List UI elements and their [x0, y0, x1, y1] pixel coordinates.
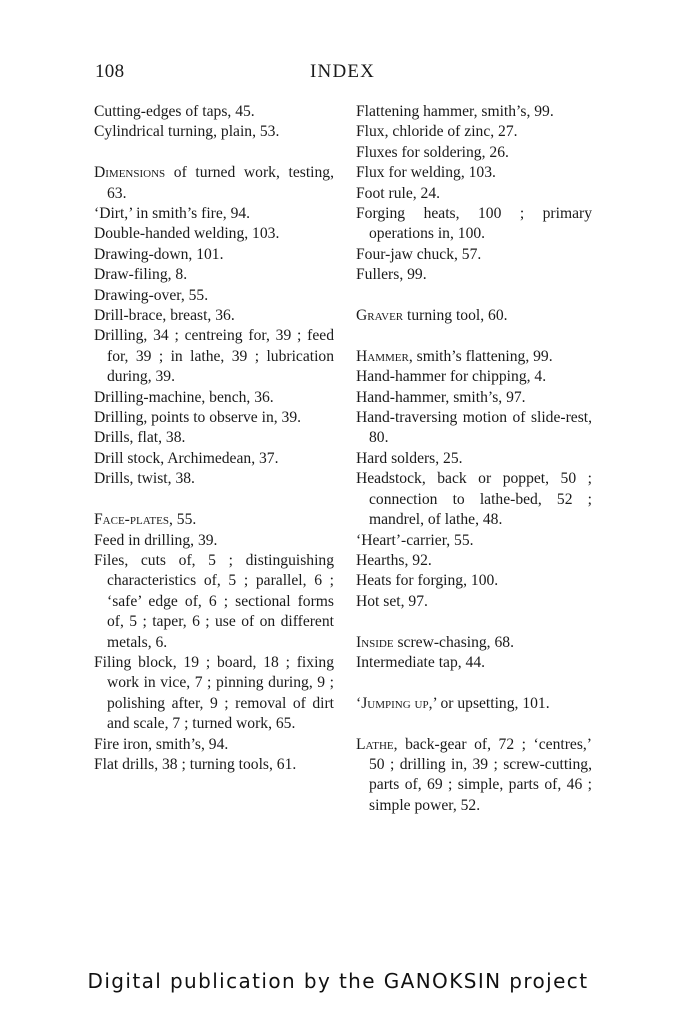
index-entry-text: Cylindrical turning, plain, 53.	[94, 123, 279, 140]
index-entry-text: Drawing-down, 101.	[94, 246, 224, 263]
letter-section-gap	[356, 286, 592, 306]
index-entry: Hand-traversing motion of slide-rest, 80…	[356, 408, 592, 449]
index-entry: Lathe, back-gear of, 72 ; ‘centres,’ 50 …	[356, 735, 592, 817]
index-entry-text: Intermediate tap, 44.	[356, 654, 485, 671]
index-entry-text: Drilling-machine, bench, 36.	[94, 389, 274, 406]
index-entry-text: Drilling, points to observe in, 39.	[94, 409, 301, 426]
index-entry: Fullers, 99.	[356, 265, 592, 285]
index-entry-text: Draw-filing, 8.	[94, 266, 187, 283]
index-entry: Hand-hammer for chipping, 4.	[356, 367, 592, 387]
index-entry-text: Hand-traversing motion of slide-rest, 80…	[356, 409, 592, 446]
index-entry: Drilling, 34 ; centreing for, 39 ; feed …	[94, 326, 334, 387]
index-entry: Draw-filing, 8.	[94, 265, 334, 285]
index-entry-text: Fluxes for soldering, 26.	[356, 144, 509, 161]
index-entry-text: ‘Dirt,’ in smith’s fire, 94.	[94, 205, 250, 222]
index-entry: Drills, twist, 38.	[94, 469, 334, 489]
index-entry: Flux, chloride of zinc, 27.	[356, 122, 592, 142]
index-entry: Heats for forging, 100.	[356, 571, 592, 591]
index-entry: Drawing-over, 55.	[94, 286, 334, 306]
index-entry-text: , smith’s flattening, 99.	[409, 348, 553, 365]
index-entry-text: Drill-brace, breast, 36.	[94, 307, 235, 324]
index-entry-text: Files, cuts of, 5 ; distinguishing chara…	[94, 552, 334, 651]
index-entry-text: Hot set, 97.	[356, 593, 428, 610]
index-entry: Flux for welding, 103.	[356, 163, 592, 183]
index-entry-text: Flux for welding, 103.	[356, 164, 496, 181]
letter-section-gap	[356, 326, 592, 346]
index-entry: Hand-hammer, smith’s, 97.	[356, 388, 592, 408]
index-entry-text: Drawing-over, 55.	[94, 287, 208, 304]
index-entry: ‘Heart’-carrier, 55.	[356, 531, 592, 551]
index-entry-lead: Graver	[356, 307, 403, 324]
index-entry: Files, cuts of, 5 ; distinguishing chara…	[94, 551, 334, 653]
index-entry-text: ‘Heart’-carrier, 55.	[356, 532, 474, 549]
index-entry: Feed in drilling, 39.	[94, 531, 334, 551]
index-entry: ‘Dirt,’ in smith’s fire, 94.	[94, 204, 334, 224]
running-head: INDEX	[310, 61, 375, 83]
index-entry-text: Flattening hammer, smith’s, 99.	[356, 103, 554, 120]
index-entry: Double-handed welding, 103.	[94, 224, 334, 244]
index-entry: Intermediate tap, 44.	[356, 653, 592, 673]
page-number: 108	[95, 61, 124, 83]
index-entry-text: ,’ or upsetting, 101.	[429, 695, 550, 712]
index-entry: Fire iron, smith’s, 94.	[94, 735, 334, 755]
index-entry-text: Hearths, 92.	[356, 552, 432, 569]
index-entry: Flat drills, 38 ; turning tools, 61.	[94, 755, 334, 775]
index-entry-text: Drill stock, Archimedean, 37.	[94, 450, 278, 467]
index-entry-text: Cutting-edges of taps, 45.	[94, 103, 255, 120]
index-entry-text: Foot rule, 24.	[356, 185, 440, 202]
index-entry-text: Fire iron, smith’s, 94.	[94, 736, 228, 753]
index-entry-lead: Lathe	[356, 736, 394, 753]
letter-section-gap	[94, 490, 334, 510]
index-entry-text: Fullers, 99.	[356, 266, 427, 283]
letter-section-gap	[356, 673, 592, 693]
index-entry: Filing block, 19 ; board, 18 ; fixing wo…	[94, 653, 334, 735]
index-entry-text: Headstock, back or poppet, 50 ; connecti…	[356, 470, 592, 528]
index-entry: Inside screw-chasing, 68.	[356, 633, 592, 653]
index-entry-text: Hand-hammer for chipping, 4.	[356, 368, 546, 385]
index-entry-text: Heats for forging, 100.	[356, 572, 498, 589]
index-entry-text: , back-gear of, 72 ; ‘centres,’ 50 ; dri…	[369, 736, 592, 814]
index-entry: Drilling-machine, bench, 36.	[94, 388, 334, 408]
index-entry-text: Feed in drilling, 39.	[94, 532, 217, 549]
index-entry-text: Double-handed welding, 103.	[94, 225, 279, 242]
index-entry-lead: Face-plates	[94, 511, 169, 528]
index-entry: Cutting-edges of taps, 45.	[94, 102, 334, 122]
index-entry-text: Hand-hammer, smith’s, 97.	[356, 389, 526, 406]
index-entry: Hard solders, 25.	[356, 449, 592, 469]
publication-footer: Digital publication by the GANOKSIN proj…	[0, 969, 676, 993]
index-entry-text: Filing block, 19 ; board, 18 ; fixing wo…	[94, 654, 334, 732]
index-entry-lead: Hammer	[356, 348, 409, 365]
index-entry: Dimensions of turned work, testing, 63.	[94, 163, 334, 204]
index-entry: Drawing-down, 101.	[94, 245, 334, 265]
index-entry: ‘Jumping up,’ or upsetting, 101.	[356, 694, 592, 714]
index-entry-text: Flat drills, 38 ; turning tools, 61.	[94, 756, 296, 773]
index-entry: Drills, flat, 38.	[94, 428, 334, 448]
index-entry: Face-plates, 55.	[94, 510, 334, 530]
index-entry: Graver turning tool, 60.	[356, 306, 592, 326]
index-entry: Fluxes for soldering, 26.	[356, 143, 592, 163]
index-entry-text: screw-chasing, 68.	[394, 634, 514, 651]
index-entry: Four-jaw chuck, 57.	[356, 245, 592, 265]
index-entry: Hot set, 97.	[356, 592, 592, 612]
index-entry-text: Forging heats, 100 ; primary operations …	[356, 205, 592, 242]
index-entry: Flattening hammer, smith’s, 99.	[356, 102, 592, 122]
index-entry-text: turning tool, 60.	[403, 307, 507, 324]
index-entry-text: Hard solders, 25.	[356, 450, 463, 467]
index-entry-lead: ‘Jumping up	[356, 695, 429, 712]
index-entry: Headstock, back or poppet, 50 ; connecti…	[356, 469, 592, 530]
index-entry: Drill stock, Archimedean, 37.	[94, 449, 334, 469]
index-entry-lead: Dimensions	[94, 164, 165, 181]
index-entry: Cylindrical turning, plain, 53.	[94, 122, 334, 142]
index-entry: Hearths, 92.	[356, 551, 592, 571]
index-entry-lead: Inside	[356, 634, 394, 651]
index-entry-text: Drilling, 34 ; centreing for, 39 ; feed …	[94, 327, 334, 385]
index-entry: Hammer, smith’s flattening, 99.	[356, 347, 592, 367]
index-column-left: Cutting-edges of taps, 45.Cylindrical tu…	[94, 102, 334, 775]
letter-section-gap	[356, 612, 592, 632]
index-entry: Forging heats, 100 ; primary operations …	[356, 204, 592, 245]
index-entry-text: Flux, chloride of zinc, 27.	[356, 123, 518, 140]
index-entry-text: , 55.	[169, 511, 196, 528]
index-entry: Drilling, points to observe in, 39.	[94, 408, 334, 428]
letter-section-gap	[356, 714, 592, 734]
index-entry: Foot rule, 24.	[356, 184, 592, 204]
index-entry-text: Four-jaw chuck, 57.	[356, 246, 481, 263]
index-column-right: Flattening hammer, smith’s, 99.Flux, chl…	[356, 102, 592, 816]
index-entry-text: Drills, twist, 38.	[94, 470, 195, 487]
index-entry: Drill-brace, breast, 36.	[94, 306, 334, 326]
index-entry-text: Drills, flat, 38.	[94, 429, 185, 446]
letter-section-gap	[94, 143, 334, 163]
